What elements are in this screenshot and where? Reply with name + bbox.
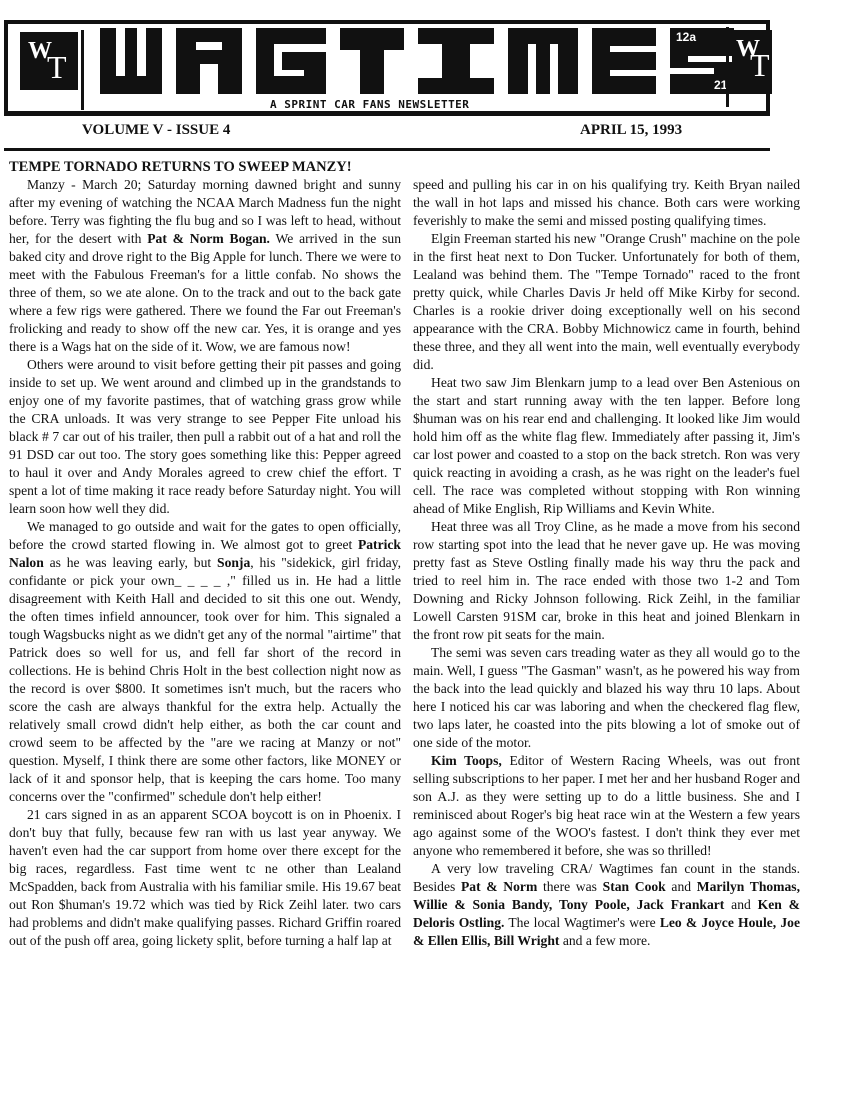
article-paragraph: 21 cars signed in as an apparent SCOA bo… bbox=[9, 806, 401, 950]
volume-issue: VOLUME V - ISSUE 4 bbox=[82, 122, 230, 139]
right-paragraphs: speed and pulling his car in on his qual… bbox=[413, 176, 800, 950]
title-letter-a bbox=[176, 28, 242, 94]
header-rule bbox=[4, 148, 770, 151]
wt-flag-logo-left: W T bbox=[20, 32, 78, 90]
paragraph-text: there was bbox=[537, 879, 602, 894]
masthead: W T bbox=[4, 20, 770, 116]
article-paragraph: We managed to go outside and wait for th… bbox=[9, 518, 401, 806]
title-letter-t bbox=[340, 28, 404, 94]
paragraph-text: The semi was seven cars treading water a… bbox=[413, 645, 800, 750]
bold-name: Sonja bbox=[217, 555, 250, 570]
article-paragraph: Kim Toops, Editor of Western Racing Whee… bbox=[413, 752, 800, 860]
paragraph-text: 21 cars signed in as an apparent SCOA bo… bbox=[9, 807, 401, 948]
flag-pole-left bbox=[81, 30, 84, 110]
paragraph-text: speed and pulling his car in on his qual… bbox=[413, 177, 800, 228]
left-paragraphs: Manzy - March 20; Saturday morning dawne… bbox=[9, 176, 401, 950]
tagline-underline bbox=[48, 112, 766, 115]
article-paragraph: Manzy - March 20; Saturday morning dawne… bbox=[9, 176, 401, 356]
paragraph-text: and bbox=[666, 879, 697, 894]
bold-name: Pat & Norm Bogan. bbox=[147, 231, 270, 246]
issue-date: APRIL 15, 1993 bbox=[580, 122, 682, 139]
corner-number-top: 12a bbox=[676, 30, 696, 44]
bold-name: Pat & Norm bbox=[461, 879, 537, 894]
tagline: A SPRINT CAR FANS NEWSLETTER bbox=[270, 98, 469, 111]
paragraph-text: Heat three was all Troy Cline, as he mad… bbox=[413, 519, 800, 642]
paragraph-text: as he was leaving early, but bbox=[44, 555, 217, 570]
article-column-right: speed and pulling his car in on his qual… bbox=[413, 176, 800, 950]
paragraph-text: Heat two saw Jim Blenkarn jump to a lead… bbox=[413, 375, 800, 516]
paragraph-text: We arrived in the sun baked city and dro… bbox=[9, 231, 401, 354]
wt-flag-logo-right: W T bbox=[732, 30, 772, 94]
paragraph-text: The local Wagtimer's were bbox=[504, 915, 659, 930]
article-paragraph: Heat three was all Troy Cline, as he mad… bbox=[413, 518, 800, 644]
flag-pole-right bbox=[726, 27, 729, 107]
article-paragraph: speed and pulling his car in on his qual… bbox=[413, 176, 800, 230]
article-paragraph: The semi was seven cars treading water a… bbox=[413, 644, 800, 752]
title-letter-i bbox=[418, 28, 494, 94]
paragraph-text: We managed to go outside and wait for th… bbox=[9, 519, 401, 552]
article-paragraph: Others were around to visit before getti… bbox=[9, 356, 401, 518]
article-paragraph: Elgin Freeman started his new "Orange Cr… bbox=[413, 230, 800, 374]
article-headline: TEMPE TORNADO RETURNS TO SWEEP MANZY! bbox=[9, 158, 401, 176]
title-letter-g bbox=[256, 28, 326, 94]
title-letter-e bbox=[592, 28, 656, 94]
article-paragraph: Heat two saw Jim Blenkarn jump to a lead… bbox=[413, 374, 800, 518]
paragraph-text: Elgin Freeman started his new "Orange Cr… bbox=[413, 231, 800, 372]
paragraph-text: , his "sidekick, girl friday, confidante… bbox=[9, 555, 401, 804]
masthead-title: 12a 21 bbox=[100, 28, 734, 94]
title-letter-s: 12a 21 bbox=[670, 28, 734, 94]
paragraph-text: and a few more. bbox=[559, 933, 650, 948]
article-column-left: TEMPE TORNADO RETURNS TO SWEEP MANZY! Ma… bbox=[9, 158, 401, 950]
title-letter-w bbox=[100, 28, 162, 94]
title-letter-m bbox=[508, 28, 578, 94]
paragraph-text: Editor of Western Racing Wheels, was out… bbox=[413, 753, 800, 858]
paragraph-text: and bbox=[724, 897, 757, 912]
bold-name: Stan Cook bbox=[603, 879, 666, 894]
bold-name: Kim Toops, bbox=[431, 753, 502, 768]
paragraph-text: Others were around to visit before getti… bbox=[9, 357, 401, 516]
article-paragraph: A very low traveling CRA/ Wagtimes fan c… bbox=[413, 860, 800, 950]
logo-letter-t: T bbox=[47, 49, 67, 86]
logo-letter-t: T bbox=[750, 47, 770, 84]
